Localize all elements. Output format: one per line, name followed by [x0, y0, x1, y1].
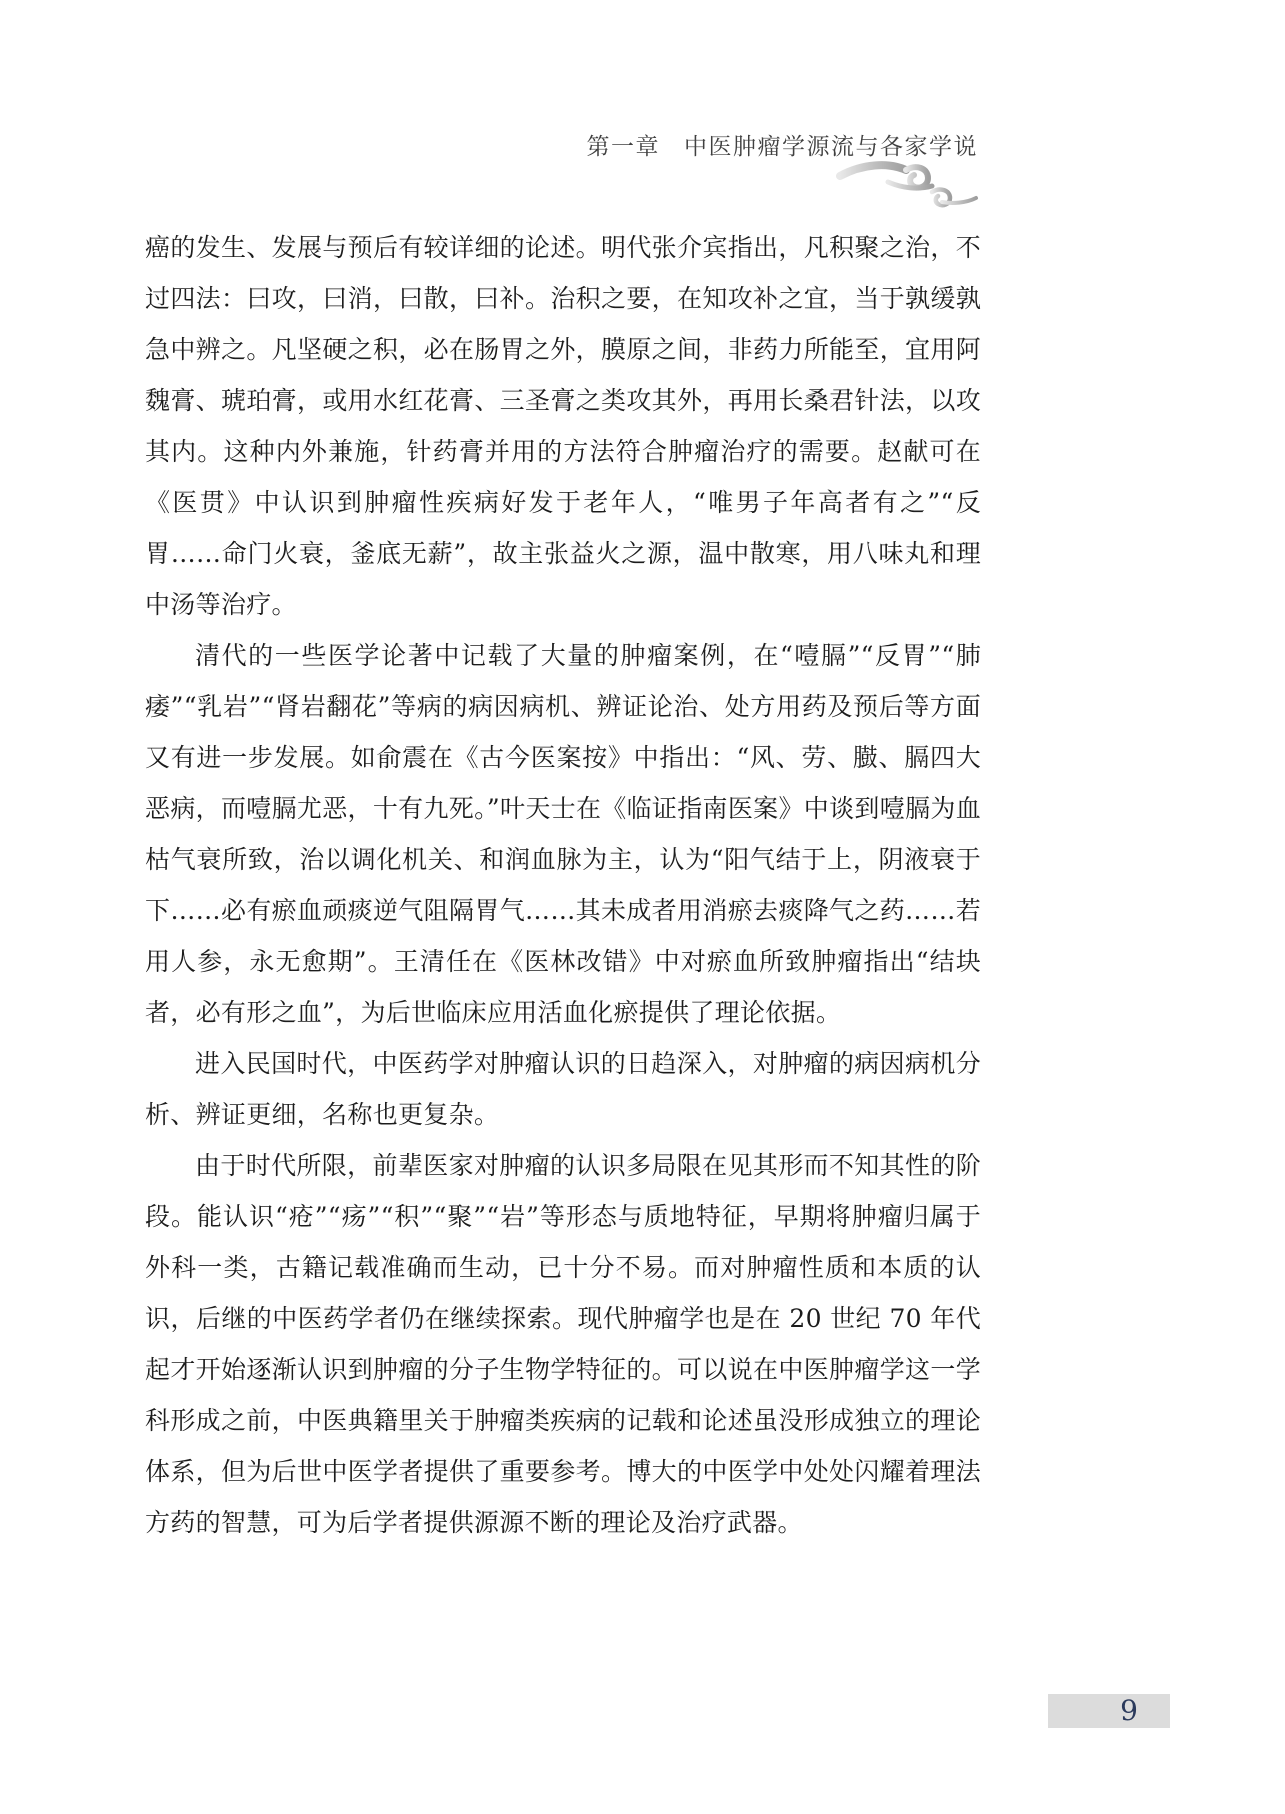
chapter-title: 中医肿瘤学源流与各家学说: [684, 134, 978, 160]
page-body: 癌的发生、发展与预后有较详细的论述。明代张介宾指出，凡积聚之治，不过四法：曰攻，…: [145, 222, 981, 1548]
cloud-ornament-icon: [836, 158, 986, 210]
page-number-badge: 9: [1048, 1694, 1170, 1728]
chapter-heading: 第一章中医肿瘤学源流与各家学说: [145, 128, 978, 161]
paragraph-3: 进入民国时代，中医药学对肿瘤认识的日趋深入，对肿瘤的病因病机分析、辨证更细，名称…: [145, 1038, 981, 1140]
paragraph-2: 清代的一些医学论著中记载了大量的肿瘤案例，在“噎膈”“反胃”“肺痿”“乳岩”“肾…: [145, 630, 981, 1038]
chapter-label: 第一章: [587, 134, 661, 160]
page-number: 9: [1120, 1697, 1138, 1725]
running-head: 第一章中医肿瘤学源流与各家学说: [145, 128, 978, 161]
book-page: 第一章中医肿瘤学源流与各家学说 癌的发生、发展与预后有较详细的论述。明代张介宾指…: [0, 0, 1285, 1814]
paragraph-1: 癌的发生、发展与预后有较详细的论述。明代张介宾指出，凡积聚之治，不过四法：曰攻，…: [145, 222, 981, 630]
paragraph-4: 由于时代所限，前辈医家对肿瘤的认识多局限在见其形而不知其性的阶段。能认识“疮”“…: [145, 1140, 981, 1548]
